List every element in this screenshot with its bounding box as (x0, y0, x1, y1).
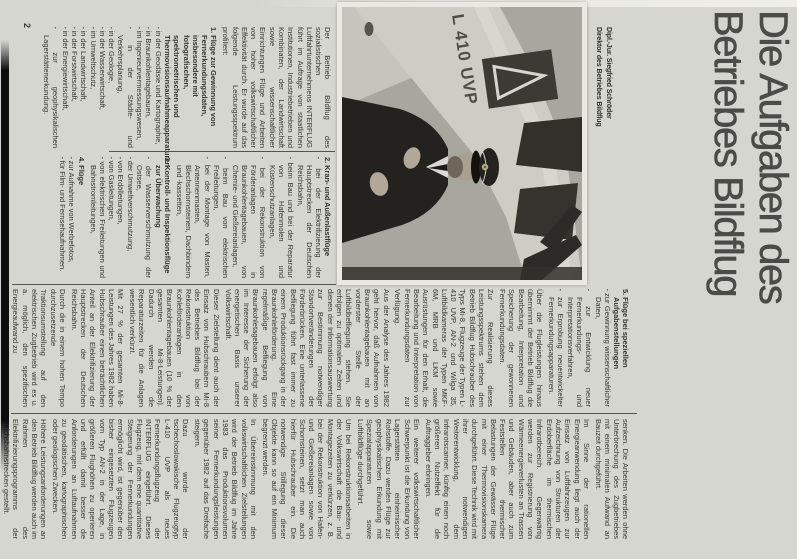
paragraph: Ein weiterer volkswirtschaftlicher Schwe… (356, 419, 421, 539)
list-item: ▪von elektrischen Freileitungen und Bahn… (88, 157, 107, 278)
bullet-icon: ▪ (100, 27, 105, 31)
column-2: 2. Kran- und Außenlastflüge▪bei der Elek… (10, 157, 335, 278)
paragraph: Um bei Rekonstruktionsarbeiten in der Vo… (260, 419, 353, 539)
list-item: ▪zur geophysikalischen Lagerstättenerkun… (42, 27, 61, 148)
scan-edge-shadow (1, 40, 9, 472)
paragraph: Dazu wurde der tschechoslowakische Flugz… (51, 419, 190, 539)
paragraph: Der Betrieb Bildflug des sozialistischen… (221, 27, 333, 148)
ground-object (365, 22, 374, 36)
bullet-icon: ▪ (223, 157, 228, 168)
bullet-icon: ▪ (69, 157, 74, 161)
photo-edge-shadow (342, 267, 582, 280)
page-number: 2 (22, 23, 32, 28)
section-heading: 3. Kontroll- und Inspektionsflüge zur Üb… (153, 157, 172, 278)
byline-author: Dipl.-Jur. Siegfried Schröder (604, 27, 614, 127)
paragraph: In Übereinstimmung mit den volkswirtscha… (193, 419, 258, 539)
paragraph: Aus der Analyse des Jahres 1982 geht her… (223, 289, 390, 407)
column-4: senken. Die Arbeiten werden ohne Unterbr… (8, 419, 633, 539)
exit-door-panel (482, 49, 558, 108)
paragraph: Über die Flugleistungen hinaus übernimmt… (498, 289, 544, 407)
list-item: ▪von Erdölleitungen, (116, 157, 125, 278)
list-item: ▪in der Städte- und Verkehrsplanung, (116, 27, 135, 148)
list-item: ▪bei der Elektrifizierung der Hauptstrec… (295, 157, 323, 278)
bullet-icon: ▪ (72, 27, 77, 31)
bullet-icon: ▪ (63, 27, 68, 31)
cap-badge-center (484, 166, 486, 168)
list-item: ▪in Braunkohlentagebauen, (144, 27, 153, 148)
pilot-beard (447, 156, 463, 178)
bullet-icon: ▪ (156, 27, 161, 31)
byline: Dipl.-Jur. Siegfried Schröder Direktor d… (594, 27, 613, 127)
list-item: ▪in der Geologie, (107, 27, 116, 148)
bullet-icon: ▪ (128, 157, 133, 161)
list-item: ▪im Ingenieurvermessungswesen, (135, 27, 144, 148)
bullet-icon: ▪ (118, 157, 123, 161)
list-item: ▪im Umweltschutz, (88, 27, 97, 148)
bullet-icon: ▪ (316, 157, 321, 168)
list-item: ▪in der Wasserwirtschaft, (98, 27, 107, 148)
paragraph: Zur Realisierung dieses Leistungsspektru… (393, 289, 495, 407)
column-rule-1 (109, 151, 335, 152)
article-title-line1: Die Aufgaben des (750, 10, 795, 303)
paragraph: Durch die in einem hohen Tempo durchzuse… (11, 289, 67, 407)
paragraph: Mit 27 % der gesamten Mi-8-Leistungen de… (69, 289, 125, 407)
paragraph: Dieser Zielstellung dient auch der Einsa… (128, 289, 221, 407)
list-item: ▪der Umweltverschmutzung, (125, 157, 134, 278)
bullet-icon: ▪ (137, 27, 142, 31)
bullet-icon: ▪ (81, 27, 86, 31)
column-3: 5. Flüge bei speziellen Aufgabenstellung… (8, 289, 633, 407)
list-item: ▪von Gasleitungen, (107, 157, 116, 278)
article-title-line2: Betriebes Bildflug (705, 10, 750, 303)
column-rule-3 (11, 413, 637, 414)
paragraph: Im Sinne der rationellen Energieanwendun… (423, 419, 590, 539)
list-item: ▪zur Aufnahme von Werbefotos, (67, 157, 76, 278)
list-item: ▪in der Geodäsie und Kartographie, (153, 27, 162, 148)
article-title: Die Aufgaben desBetriebes Bildflug (705, 10, 795, 303)
bullet-icon: ▪ (53, 27, 58, 53)
list-item: ▪beim Bau und bei der Reparatur von Hafe… (267, 157, 295, 278)
list-item: ▪für Film- und Fernsehaufnahmen. (58, 157, 67, 278)
cockpit-window-left (516, 117, 582, 172)
photo-pilot-aircraft: L 410 UVP (337, 2, 587, 285)
section-heading: 4. Flüge (76, 157, 85, 278)
bullet-icon: ▪ (205, 157, 210, 165)
list-item: ▪bei der Montage von Masten, Antennenmas… (174, 157, 211, 278)
bullet-icon: ▪ (146, 157, 151, 166)
list-item: ▪bei der Rekonstruktion von Förderanlage… (230, 157, 267, 278)
list-item: ▪der Wasserverschmutzung der Ostsee, (135, 157, 154, 278)
bullet-icon: ▪ (128, 27, 133, 45)
column-1: Der Betrieb Bildflug des sozialistischen… (10, 27, 335, 148)
list-item: ▪zur Gewinnung wissenschaftlicher Daten, (593, 289, 612, 407)
list-item: ▪zur Erprobung neuentwickelter Fernerkun… (547, 289, 566, 407)
bullet-icon: ▪ (100, 157, 105, 162)
bullet-icon: ▪ (605, 289, 610, 293)
list-item: ▪in der Energiewirtschaft, (60, 27, 69, 148)
bullet-icon: ▪ (558, 289, 563, 297)
bullet-icon: ▪ (60, 157, 65, 161)
bullet-icon: ▪ (288, 157, 293, 163)
paragraph: senken. Die Arbeiten werden ohne Unterbr… (593, 419, 630, 539)
photo-illustration: L 410 UVP (342, 7, 582, 280)
column-rule-2 (12, 284, 336, 285)
page-scan: Die Aufgaben desBetriebes Bildflug Dipl.… (0, 0, 797, 559)
bullet-icon: ▪ (109, 157, 114, 161)
list-item: ▪zur Entwicklung neuer Fernerkundungs- u… (565, 289, 593, 407)
section-heading: 2. Kran- und Außenlastflüge (323, 157, 332, 278)
list-item: ▪in der Forstwirtschaft, (70, 27, 79, 148)
magazine-scan: Die Aufgaben desBetriebes Bildflug Dipl.… (0, 0, 797, 559)
list-item: ▪in der Landwirtschaft, (79, 27, 88, 148)
byline-role: Direktor des Betriebes Bildflug (594, 27, 604, 127)
bullet-icon: ▪ (109, 27, 114, 31)
bullet-icon: ▪ (586, 289, 591, 306)
section-heading: 5. Flüge bei speziellen Aufgabenstellung… (612, 289, 631, 407)
list-item: ▪beim Bau von elektrischen Freileitungen… (212, 157, 231, 278)
bullet-icon: ▪ (91, 27, 96, 31)
bullet-icon: ▪ (146, 27, 151, 31)
section-heading: 1. Flüge zur Gewinnung von Fernerkundung… (163, 27, 219, 148)
bullet-icon: ▪ (260, 157, 265, 168)
